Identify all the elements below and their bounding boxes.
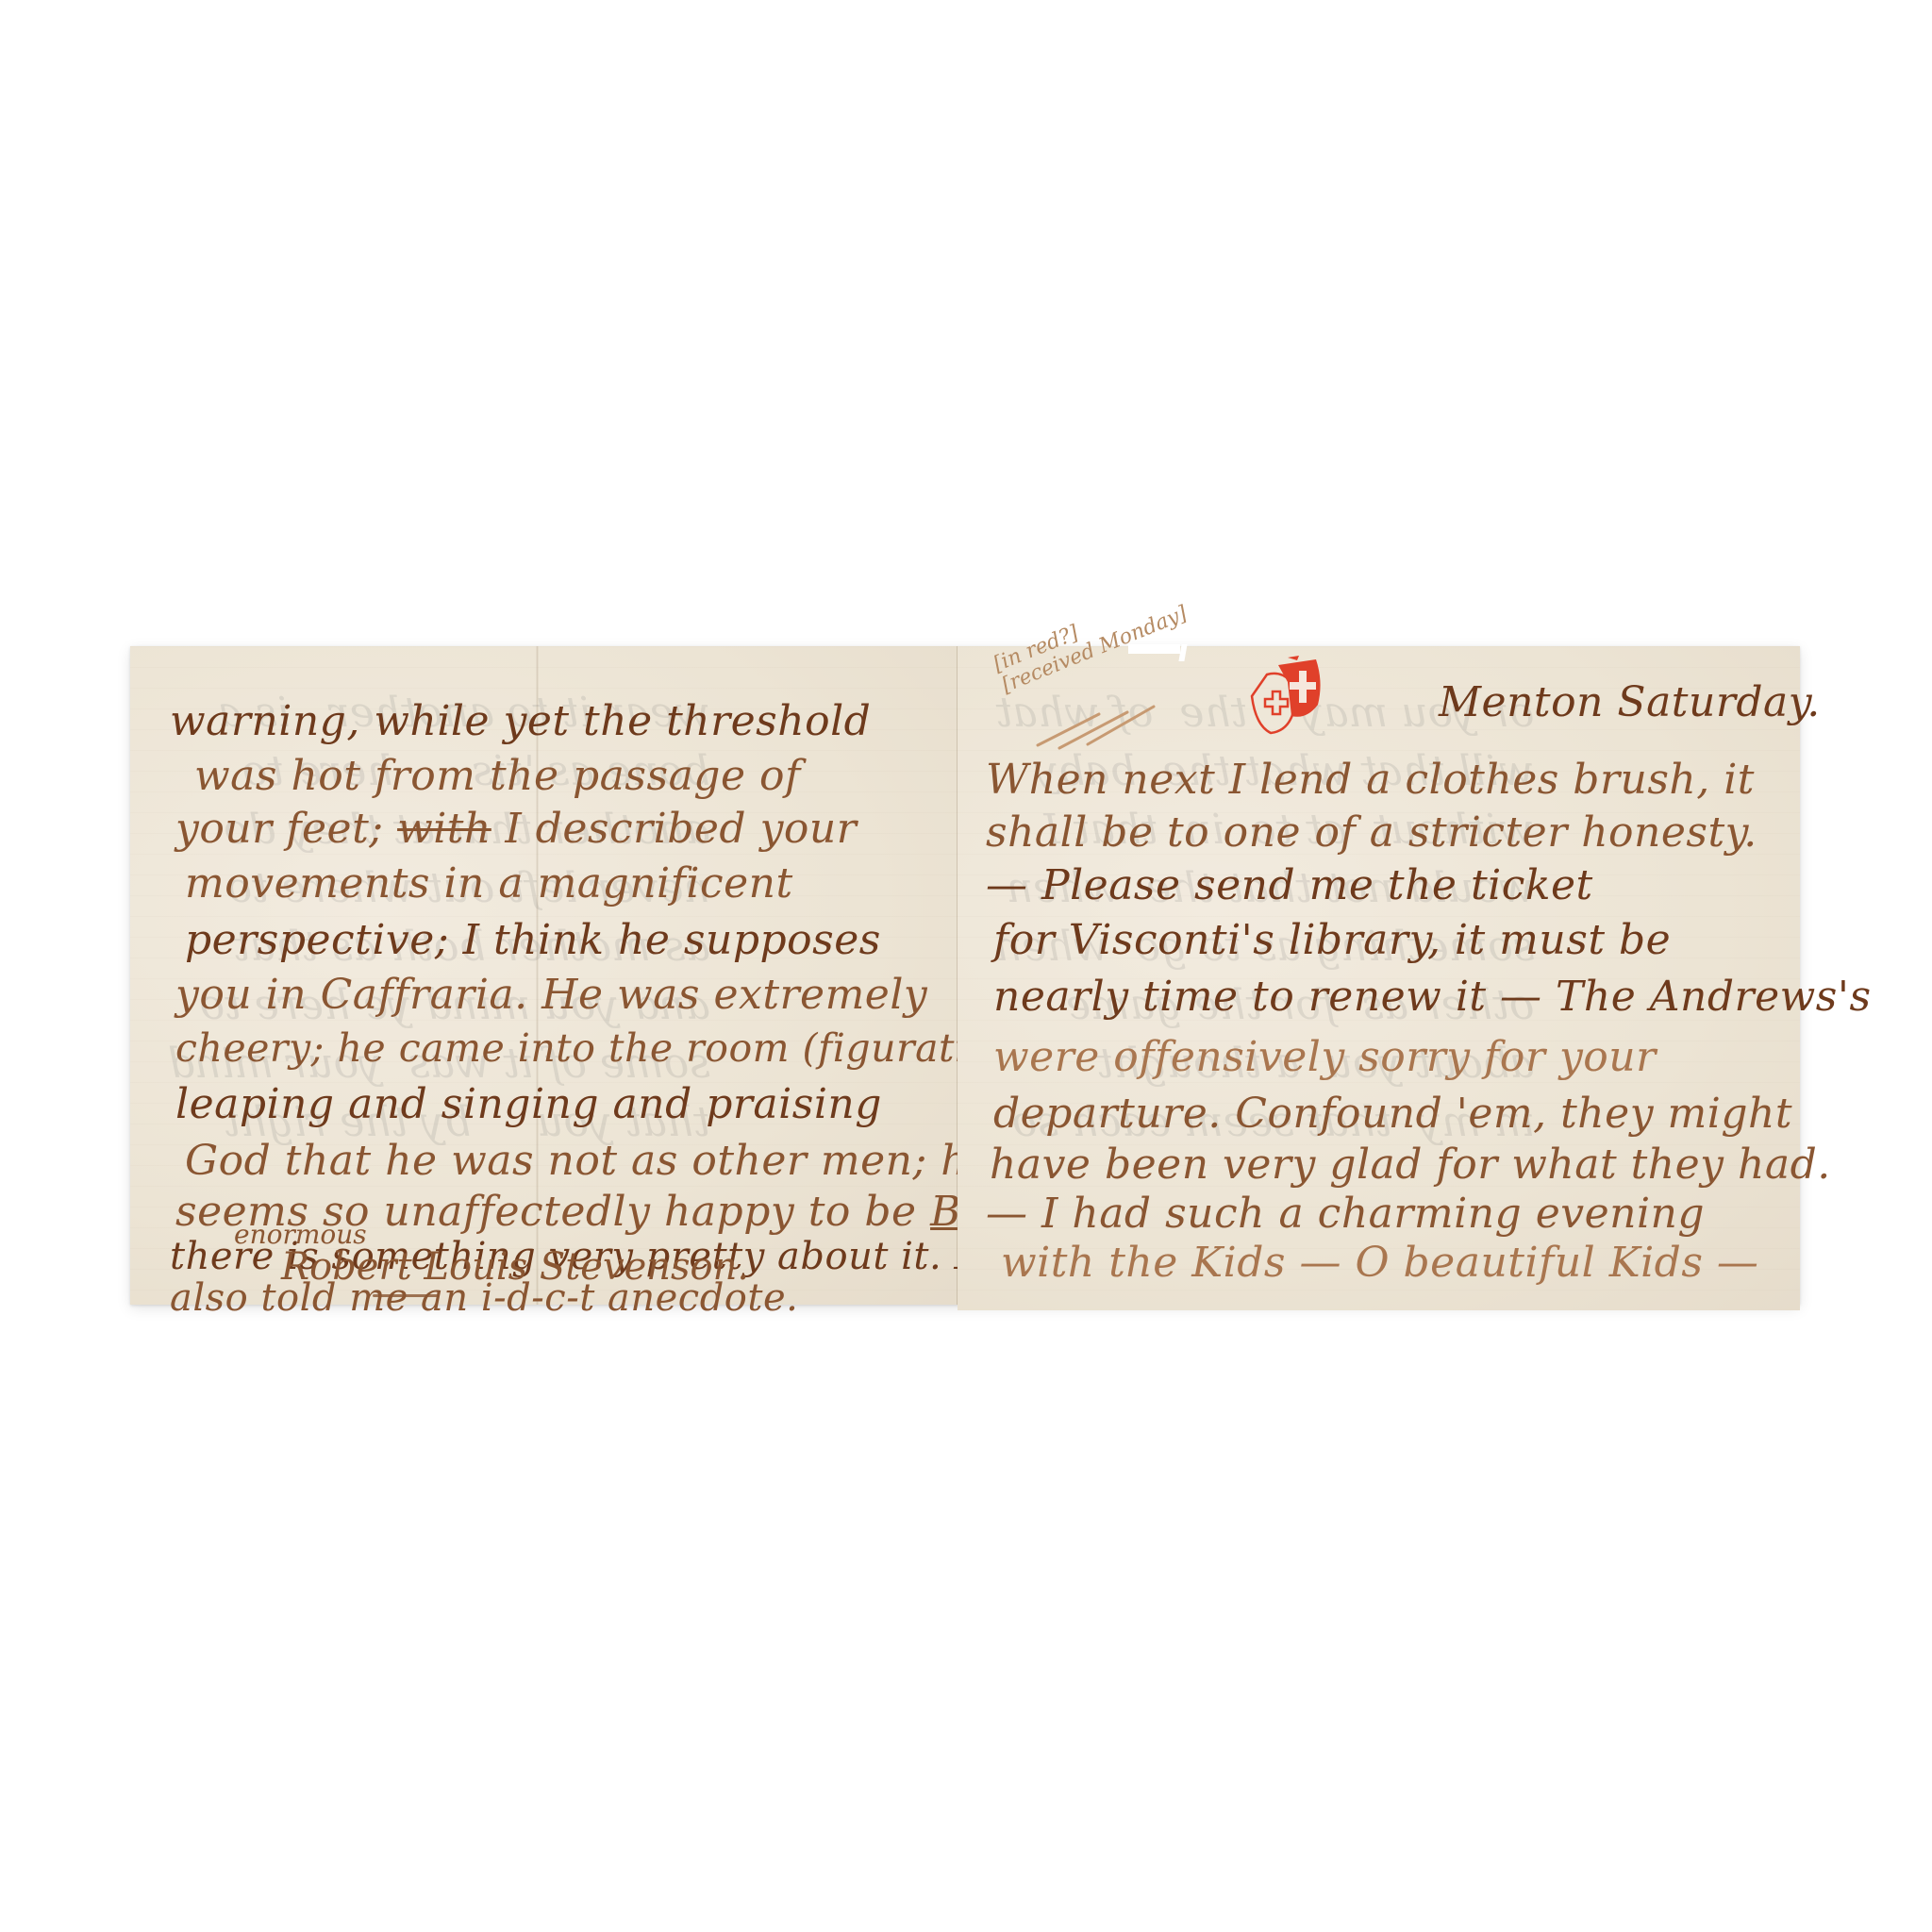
letter-line: with the Kids — O beautiful Kids — bbox=[1001, 1239, 1758, 1287]
letter-line: have been very glad for what they had. bbox=[990, 1141, 1831, 1189]
letter-fragment: I described your bbox=[491, 805, 857, 853]
letter-line: warning, while yet the threshold bbox=[170, 697, 871, 745]
signature-underline bbox=[373, 1294, 439, 1297]
letter-sheet: wear it to another is a bone as 'tis her… bbox=[130, 646, 1800, 1305]
letter-line: — Please send me the ticket bbox=[986, 861, 1593, 909]
letter-fragment: your feet; bbox=[175, 805, 397, 853]
letter-line: for Visconti's library, it must be bbox=[993, 916, 1671, 964]
letter-line: your feet; with I described your bbox=[175, 805, 857, 853]
letter-line: movements in a magnificent bbox=[185, 859, 793, 908]
letter-line: shall be to one of a stricter honesty. bbox=[986, 808, 1757, 857]
letter-line: cheery; he came into the room (figurativ… bbox=[175, 1025, 1064, 1071]
letter-line: departure. Confound 'em, they might bbox=[993, 1090, 1792, 1138]
dateline: Menton Saturday. bbox=[1439, 678, 1821, 726]
paper-tear bbox=[1128, 644, 1180, 654]
letter-line: God that he was not as other men; he bbox=[185, 1137, 993, 1185]
letter-line: — I had such a charming evening bbox=[986, 1190, 1705, 1238]
letter-left-page: wear it to another is a bone as 'tis her… bbox=[130, 646, 958, 1305]
red-shield-stamp-icon bbox=[1250, 654, 1325, 739]
pencil-strokes-icon bbox=[1033, 703, 1156, 750]
letter-line: were offensively sorry for your bbox=[993, 1033, 1657, 1081]
letter-line: When next I lend a clothes brush, it bbox=[986, 756, 1755, 804]
pencil-annotation: [in red?] [received Monday] bbox=[991, 582, 1191, 698]
letter-line: nearly time to renew it — The Andrews's bbox=[993, 973, 1872, 1021]
letter-line: perspective; I think he supposes bbox=[185, 916, 881, 964]
letter-line: was hot from the passage of bbox=[194, 752, 801, 800]
letter-line: leaping and singing and praising bbox=[175, 1080, 882, 1128]
letter-line: you in Caffraria. He was extremely bbox=[175, 971, 927, 1019]
letter-right-page: or you may the of what will that what th… bbox=[958, 646, 1800, 1310]
struck-word: with bbox=[397, 805, 491, 853]
signature: Robert Louis Stevenson. bbox=[281, 1245, 749, 1289]
